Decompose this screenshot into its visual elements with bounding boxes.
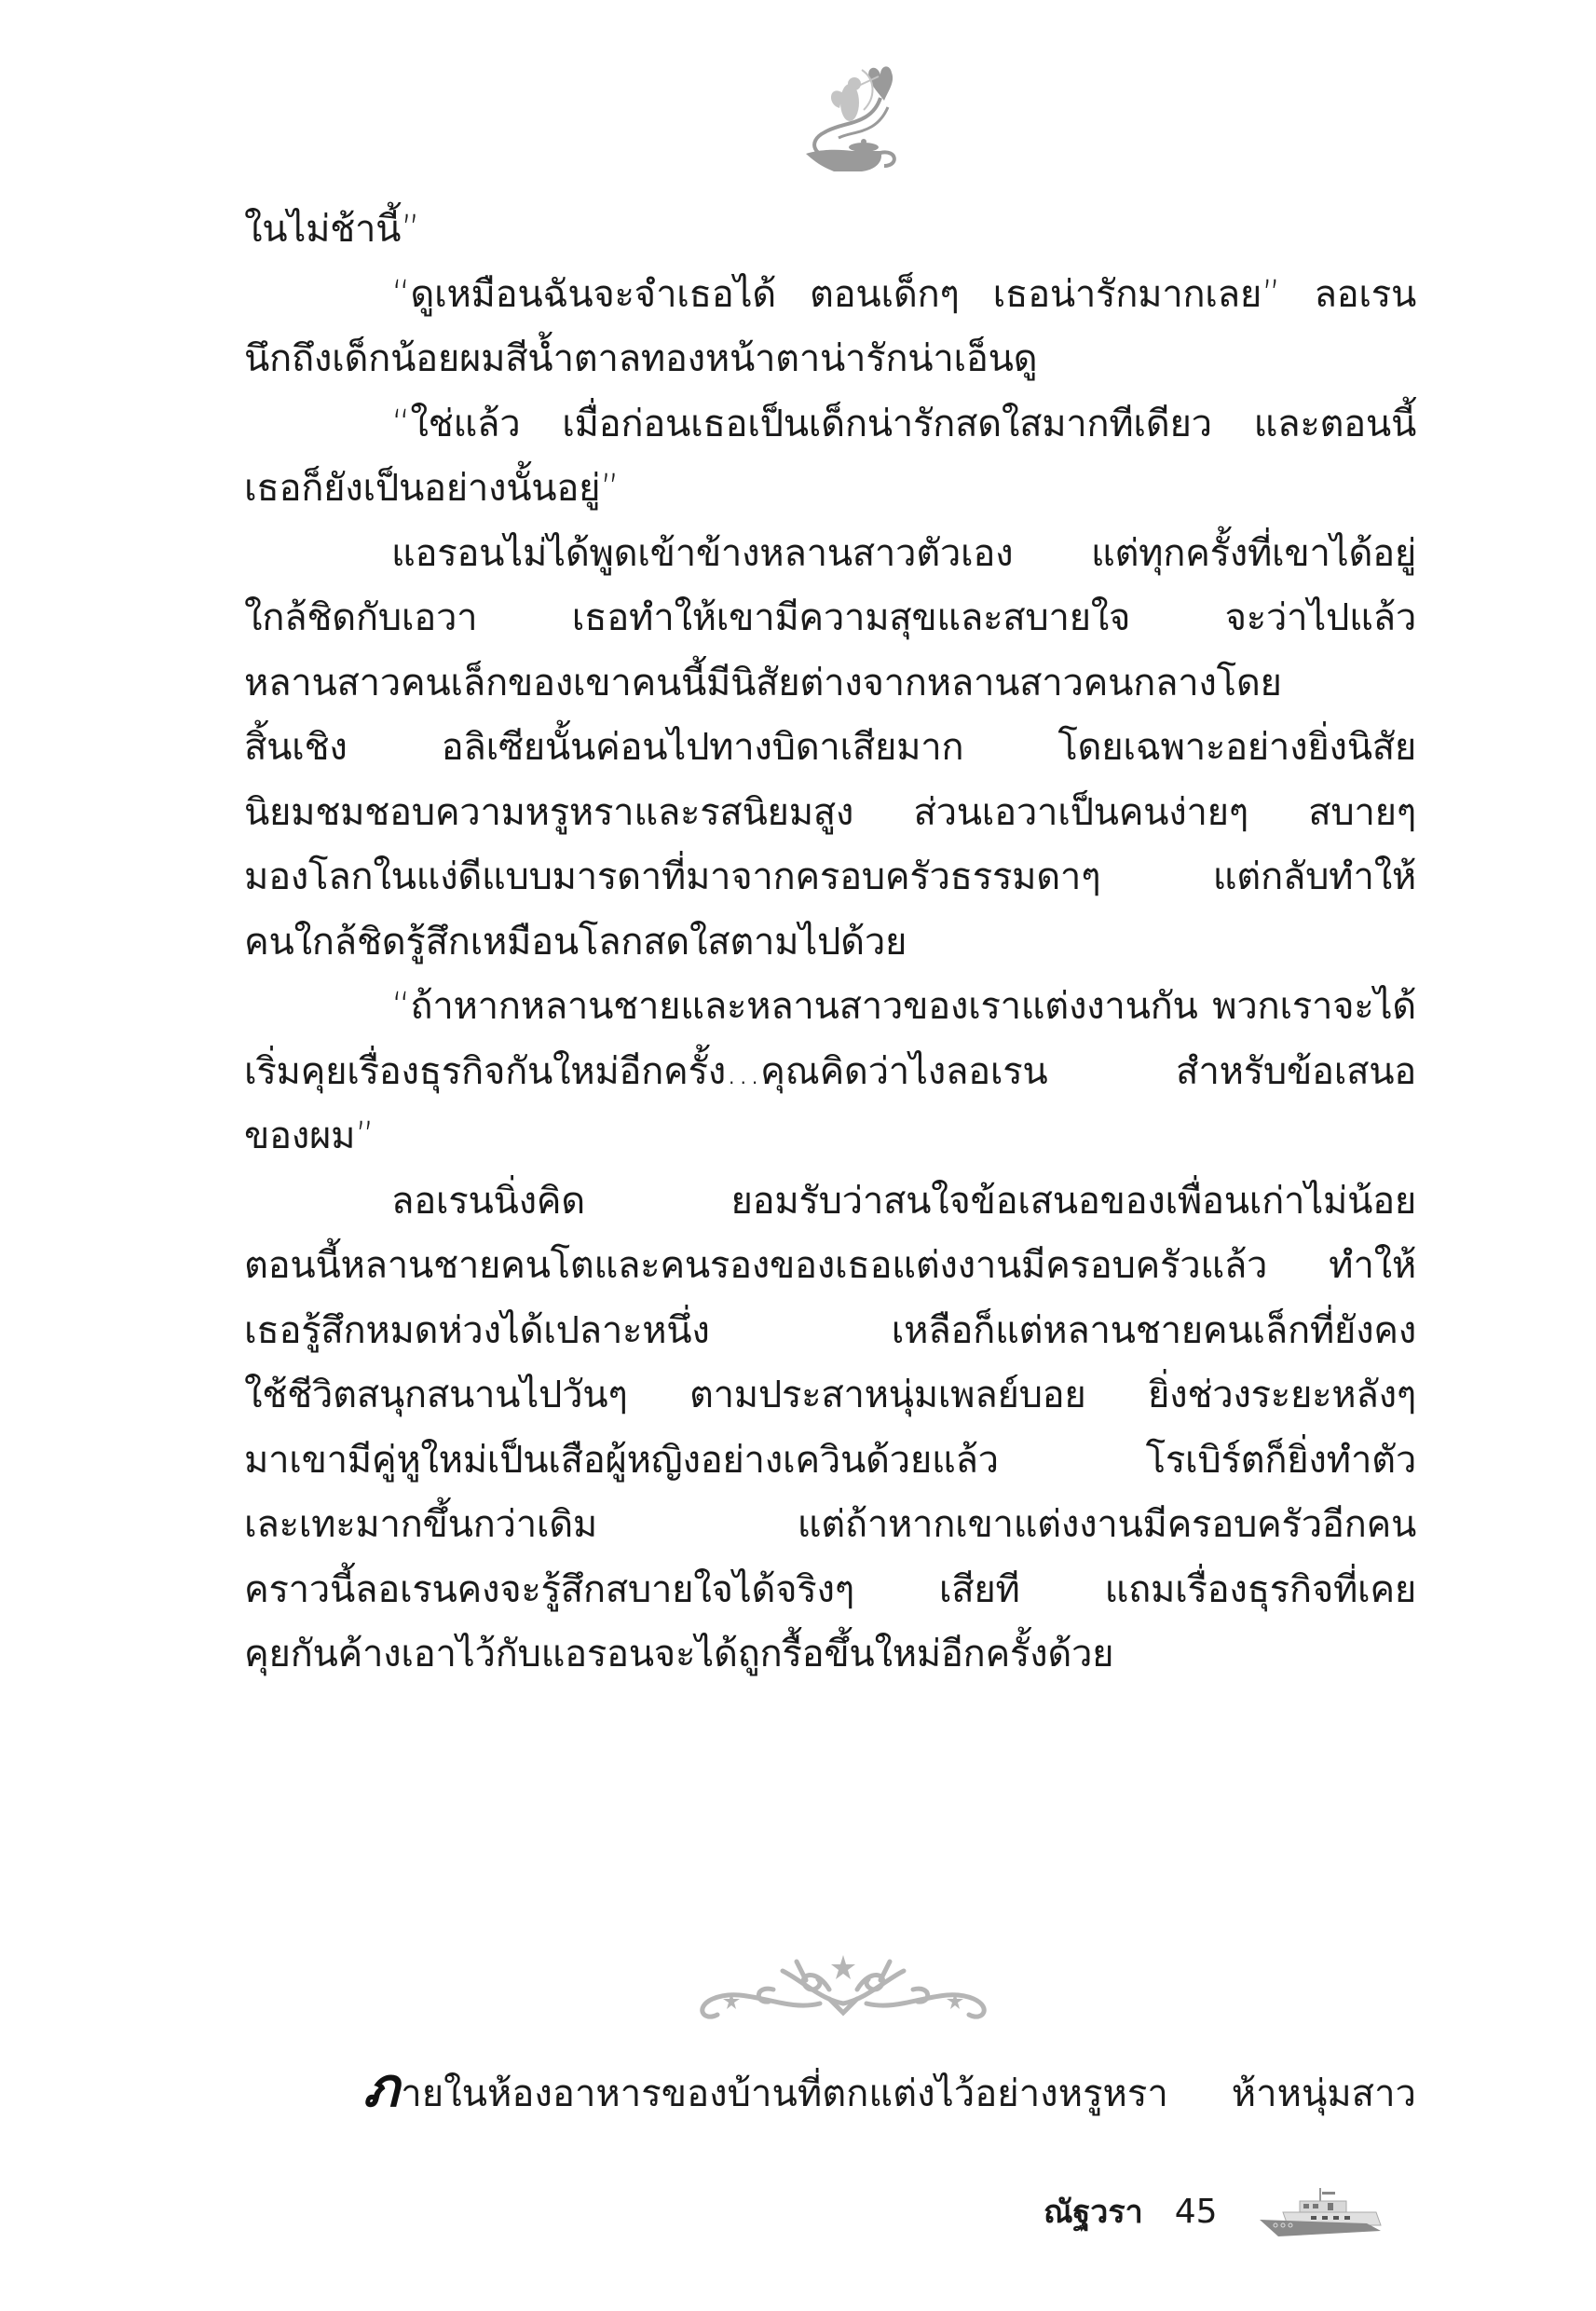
text-line: “ถ้าหากหลานชายและหลานสาวของเราแต่งงานกัน… — [244, 975, 1416, 1040]
text-line: ตอนนี้หลานชายคนโตและคนรองของเธอแต่งงานมี… — [244, 1234, 1416, 1299]
author-name: ณัฐวรา — [1044, 2186, 1143, 2236]
page-number: 45 — [1175, 2193, 1218, 2231]
text-line: แอรอนไม่ได้พูดเข้าข้างหลานสาวตัวเอง แต่ท… — [244, 522, 1416, 587]
section-opening-text: ายในห้องอาหารของบ้านที่ตกแต่งไว้อย่างหรู… — [401, 2072, 1416, 2115]
text-line: เริ่มคุยเรื่องธุรกิจกันใหม่อีกครั้ง...คุ… — [244, 1040, 1416, 1105]
book-page: ในไม่ช้านี้”“ดูเหมือนฉันจะจำเธอได้ ตอนเด… — [0, 0, 1596, 2311]
text-line: ในไม่ช้านี้” — [244, 198, 1416, 263]
text-line: ของผม” — [244, 1104, 1416, 1169]
text-line: “ใช่แล้ว เมื่อก่อนเธอเป็นเด็กน่ารักสดใสม… — [244, 392, 1416, 458]
text-line: “ดูเหมือนฉันจะจำเธอได้ ตอนเด็กๆ เธอน่ารั… — [244, 263, 1416, 328]
body-text: ในไม่ช้านี้”“ดูเหมือนฉันจะจำเธอได้ ตอนเด… — [244, 198, 1416, 1688]
yacht-icon — [1255, 2179, 1385, 2244]
text-line: นึกถึงเด็กน้อยผมสีน้ำตาลทองหน้าตาน่ารักน… — [244, 327, 1416, 392]
text-line: สิ้นเชิง อลิเซียนั้นค่อนไปทางบิดาเสียมาก… — [244, 716, 1416, 781]
floral-scroll-divider-icon — [689, 1948, 997, 2022]
text-line: เธอรู้สึกหมดห่วงได้เปลาะหนึ่ง เหลือก็แต่… — [244, 1299, 1416, 1364]
text-line: มาเขามีคู่หูใหม่เป็นเสือผู้หญิงอย่างเควิ… — [244, 1429, 1416, 1494]
text-line: หลานสาวคนเล็กของเขาคนนี้มีนิสัยต่างจากหล… — [244, 651, 1416, 717]
text-line: นิยมชมชอบความหรูหราและรสนิยมสูง ส่วนเอวา… — [244, 781, 1416, 846]
text-line: คราวนี้ลอเรนคงจะรู้สึกสบายใจได้จริงๆ เสี… — [244, 1558, 1416, 1623]
text-line: ลอเรนนิ่งคิด ยอมรับว่าสนใจข้อเสนอของเพื่… — [244, 1169, 1416, 1235]
text-line: มองโลกในแง่ดีแบบมารดาที่มาจากครอบครัวธรร… — [244, 845, 1416, 910]
cupid-genie-lamp-icon — [787, 56, 908, 172]
text-line: เละเทะมากขึ้นกว่าเดิม แต่ถ้าหากเขาแต่งงา… — [244, 1493, 1416, 1558]
text-line: ใกล้ชิดกับเอวา เธอทำให้เขามีความสุขและสบ… — [244, 586, 1416, 651]
text-line: เธอก็ยังเป็นอย่างนั้นอยู่” — [244, 457, 1416, 522]
text-line: ใช้ชีวิตสนุกสนานไปวันๆ ตามประสาหนุ่มเพลย… — [244, 1363, 1416, 1429]
text-line: คุยกันค้างเอาไว้กับแอรอนจะได้ถูกรื้อขึ้น… — [244, 1622, 1416, 1688]
page-footer: ณัฐวรา 45 — [1044, 2179, 1385, 2244]
drop-cap-letter: ภ — [363, 2056, 399, 2119]
section-opening-line: ภายในห้องอาหารของบ้านที่ตกแต่งไว้อย่างหร… — [363, 2055, 1416, 2126]
text-line: คนใกล้ชิดรู้สึกเหมือนโลกสดใสตามไปด้วย — [244, 910, 1416, 976]
